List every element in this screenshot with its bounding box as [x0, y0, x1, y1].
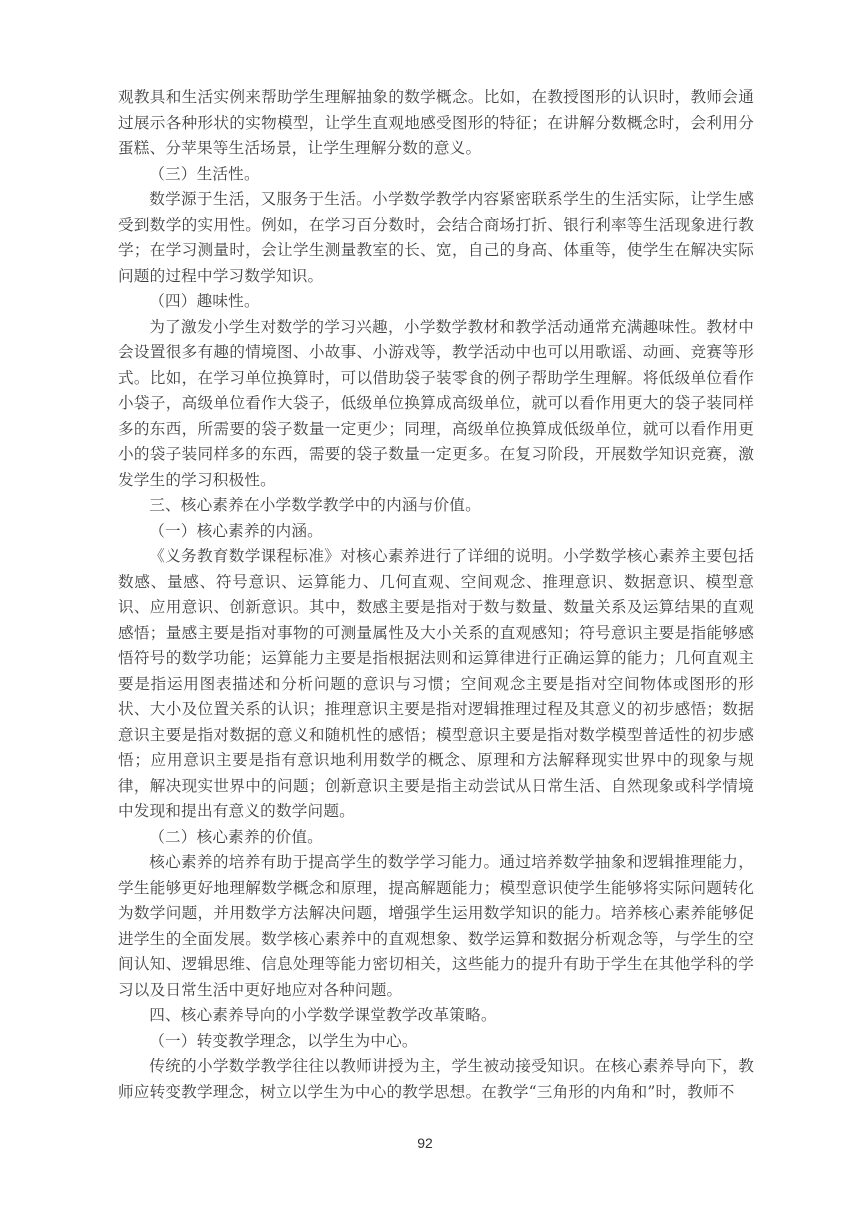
subheading-1-connotation: （一）核心素养的内涵。 [118, 519, 754, 545]
body-paragraph-fun: 为了激发小学生对数学的学习兴趣，小学数学教材和教学活动通常充满趣味性。教材中会设… [118, 315, 754, 494]
document-page: 观教具和生活实例来帮助学生理解抽象的数学概念。比如，在教授图形的认识时，教师会通… [0, 0, 850, 1205]
subheading-1-concept-change: （一）转变教学理念，以学生为中心。 [118, 1029, 754, 1055]
section-heading-4: 四、核心素养导向的小学数学课堂教学改革策略。 [118, 1003, 754, 1029]
heading-item-3-life: （三）生活性。 [118, 162, 754, 188]
subheading-2-value: （二）核心素养的价值。 [118, 825, 754, 851]
page-number: 92 [417, 1135, 433, 1151]
body-paragraph-concept-change: 传统的小学数学教学往往以教师讲授为主，学生被动接受知识。在核心素养导向下，教师应… [118, 1054, 754, 1105]
body-paragraph-continuation: 观教具和生活实例来帮助学生理解抽象的数学概念。比如，在教授图形的认识时，教师会通… [118, 85, 754, 162]
page-footer: 92 [0, 1133, 850, 1152]
body-paragraph-life: 数学源于生活，又服务于生活。小学数学教学内容紧密联系学生的生活实际，让学生感受到… [118, 187, 754, 289]
section-heading-3: 三、核心素养在小学数学教学中的内涵与价值。 [118, 493, 754, 519]
body-paragraph-connotation: 《义务教育数学课程标准》对核心素养进行了详细的说明。小学数学核心素养主要包括数感… [118, 544, 754, 825]
body-paragraph-value: 核心素养的培养有助于提高学生的数学学习能力。通过培养数学抽象和逻辑推理能力，学生… [118, 850, 754, 1003]
text-block: 观教具和生活实例来帮助学生理解抽象的数学概念。比如，在教授图形的认识时，教师会通… [118, 85, 754, 1105]
heading-item-4-fun: （四）趣味性。 [118, 289, 754, 315]
